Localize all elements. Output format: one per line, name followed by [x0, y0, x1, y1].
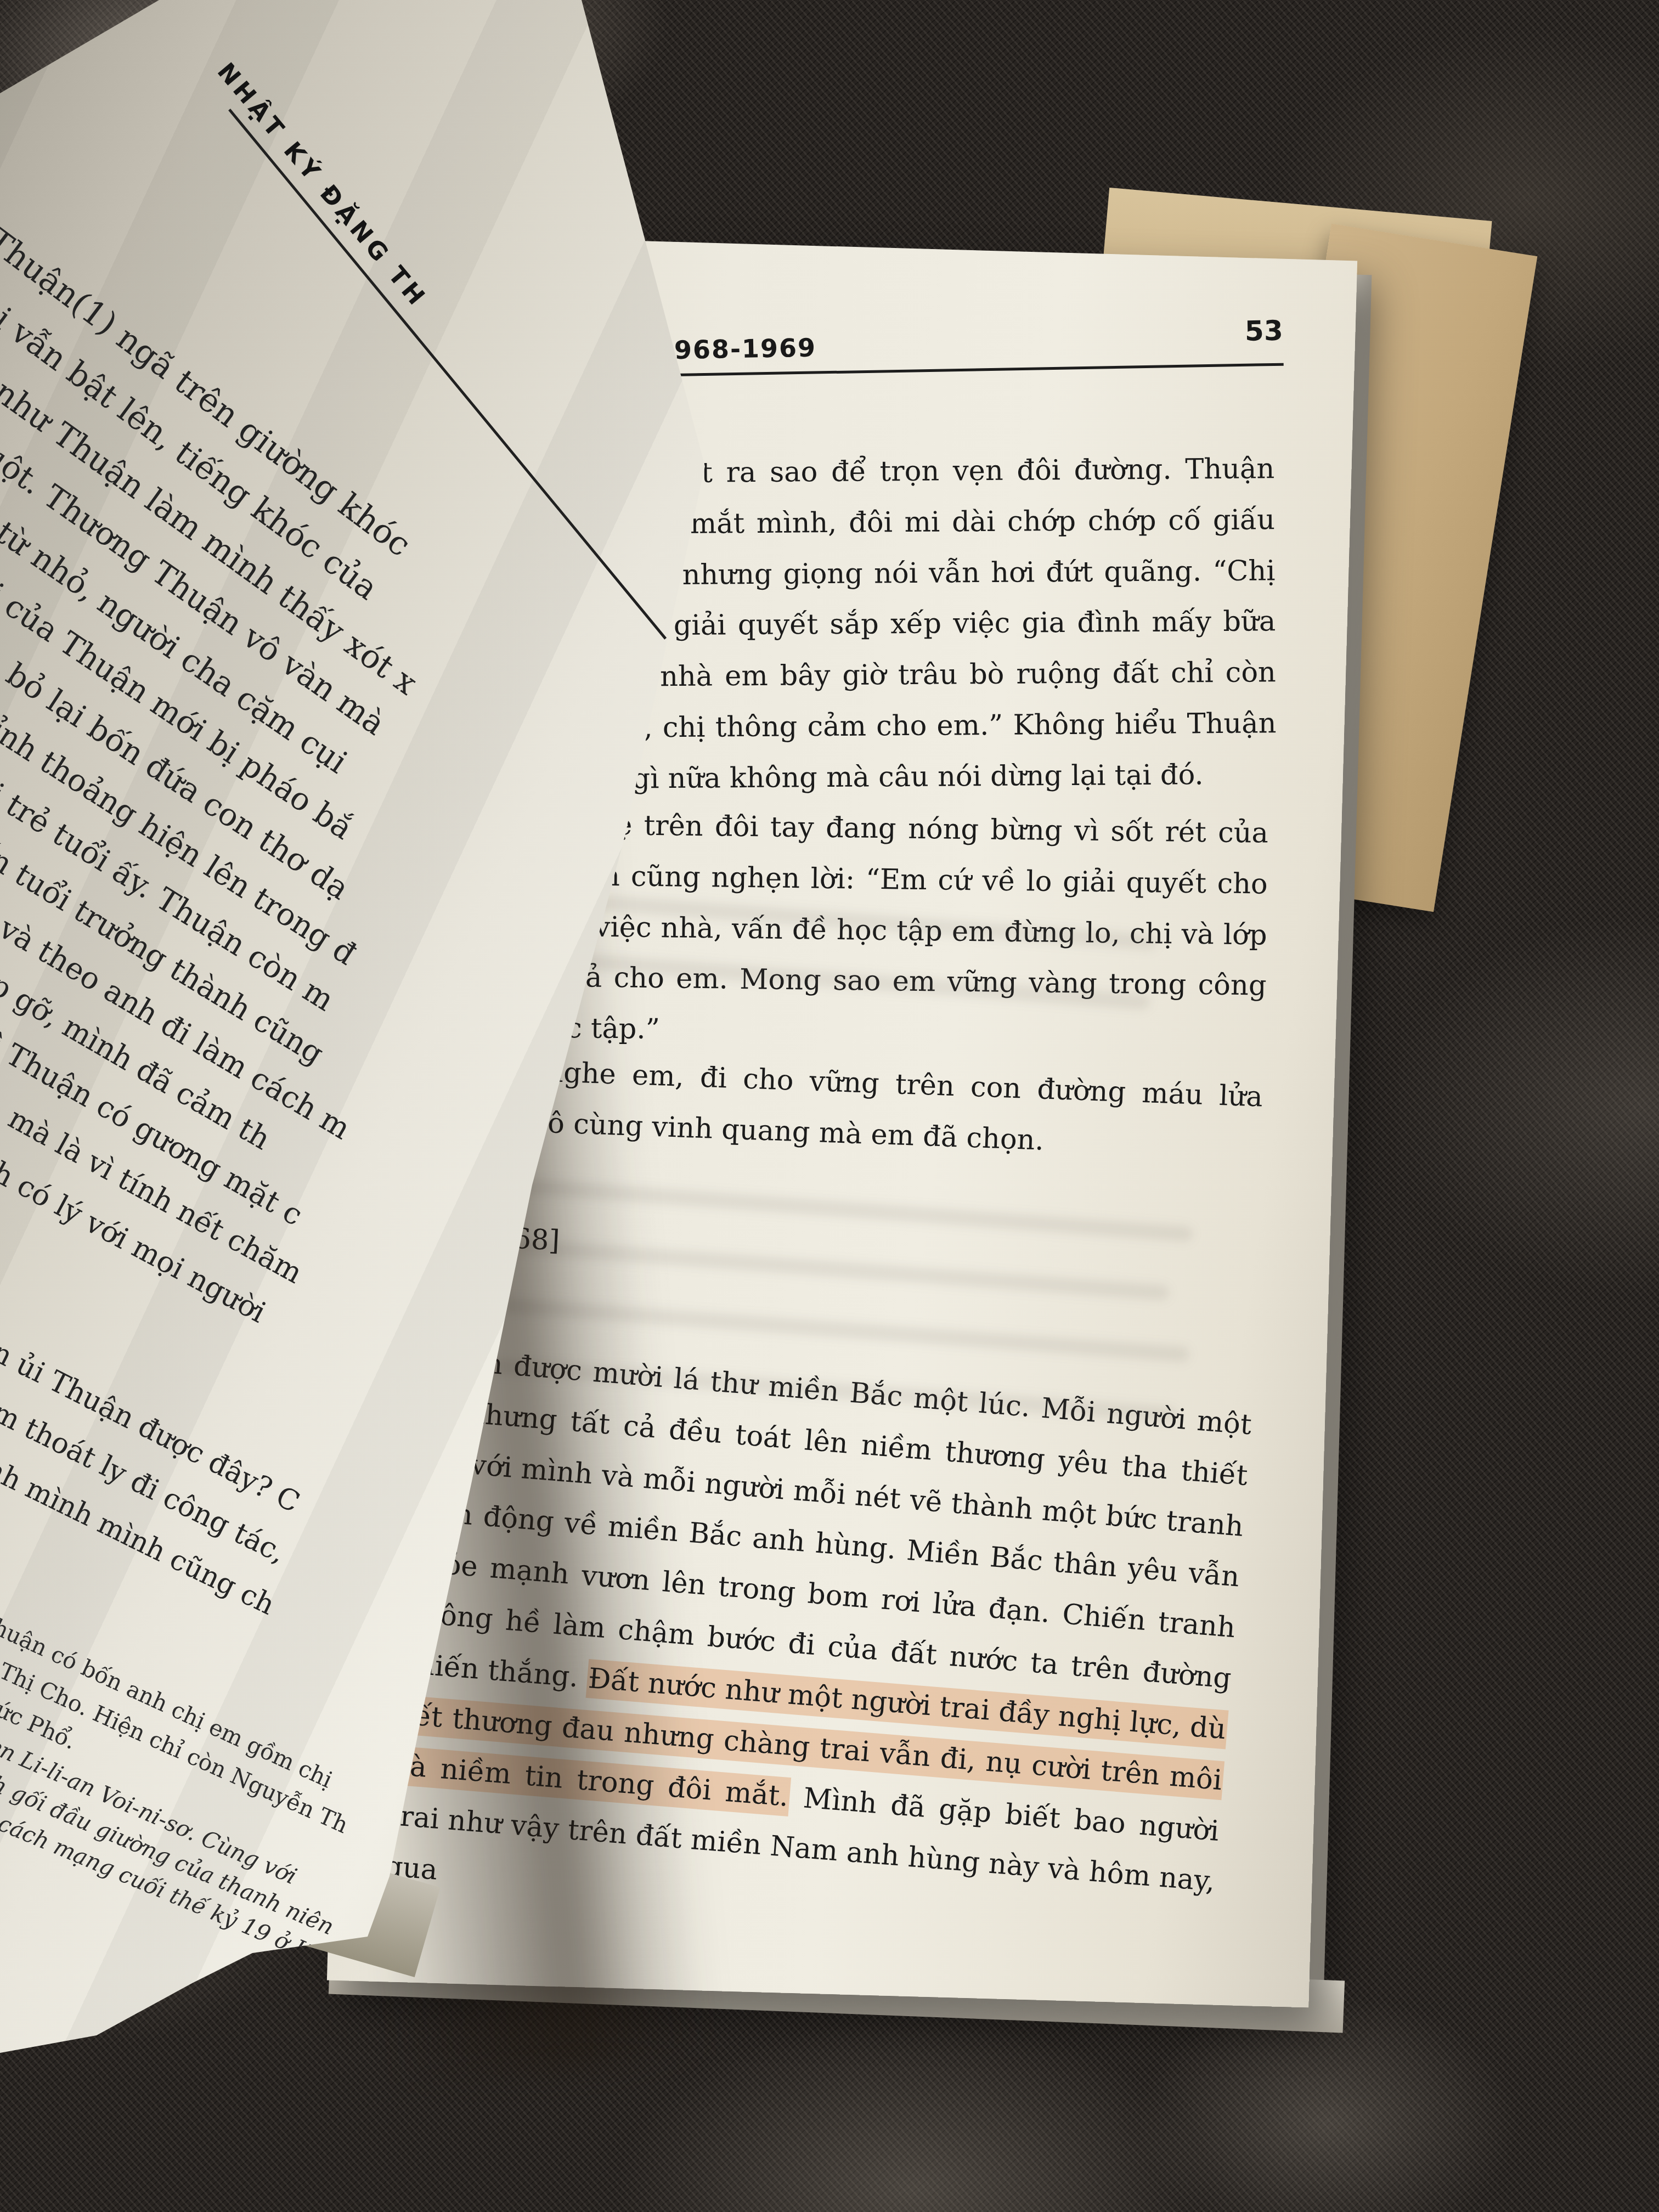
page-number: 53: [1245, 315, 1284, 347]
left-running-header: NHẬT KÝ ĐẶNG TH: [212, 58, 432, 313]
left-header-rule: [228, 109, 667, 640]
book-photo: QUYỂN MỘT: 1968-1969 53 hiểu sẽ giải quy…: [0, 0, 1659, 2212]
